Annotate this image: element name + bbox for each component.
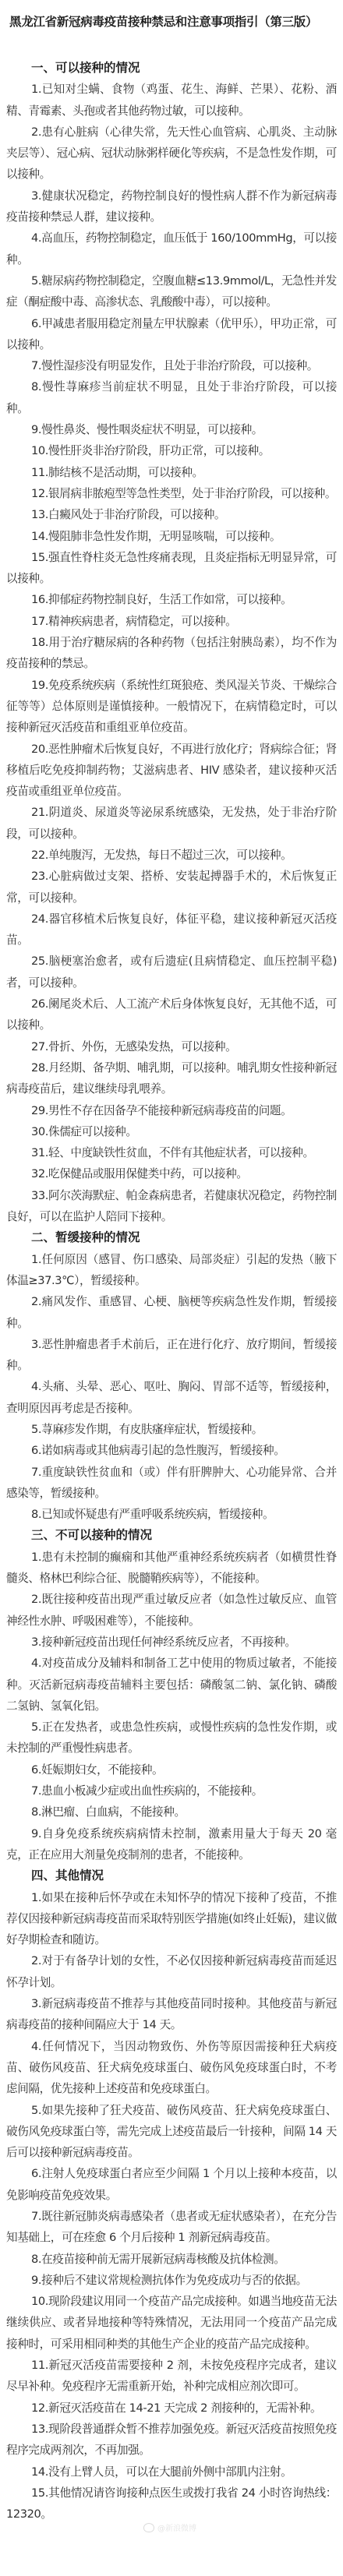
list-item: 19.免疫系统疾病（系统性红斑狼疮、类风湿关节炎、干燥综合征等等）总体原则是谨慎… <box>6 675 337 739</box>
list-item: 6.注射人免疫球蛋白者应至少间隔 1 个月以上接种本疫苗，以免影响疫苗免疫效果。 <box>6 2163 337 2206</box>
list-item: 1.已知对尘螨、食物（鸡蛋、花生、海鲜、芒果）、花粉、酒精、青霉素、头孢或者其他… <box>6 79 337 122</box>
section-heading: 三、不可以接种的情况 <box>6 1525 337 1546</box>
list-item: 23.心脏病做过支架、搭桥、安装起搏器手术的，术后恢复正常，可以接种。 <box>6 866 337 909</box>
list-item: 4.高血压，药物控制稳定，血压低于 160/100mmHg，可以接种。 <box>6 228 337 270</box>
list-item: 10.慢性肝炎非治疗阶段，肝功正常，可以接种。 <box>6 440 337 461</box>
watermark: @新浪微博 <box>6 2525 337 2539</box>
list-item: 25.脑梗塞治愈者，或有后遗症(且病情稳定、血压控制平稳)者，可以接种。 <box>6 951 337 993</box>
list-item: 13.白癜风处于非治疗阶段，可以接种。 <box>6 504 337 525</box>
list-item: 4.对疫苗成分及辅料和制备工艺中使用的物质过敏者，不能接种。灭活新冠病毒疫苗辅料… <box>6 1653 337 1717</box>
section-heading: 二、暂缓接种的情况 <box>6 1227 337 1248</box>
list-item: 3.接种新冠疫苗出现任何神经系统反应者，不再接种。 <box>6 1632 337 1653</box>
list-item: 8.淋巴瘤、白血病，不能接种。 <box>6 1801 337 1823</box>
spacer <box>6 30 337 58</box>
section-heading: 四、其他情况 <box>6 1865 337 1886</box>
list-item: 18.用于治疗糖尿病的各种药物（包括注射胰岛素），均不作为疫苗接种的禁忌。 <box>6 632 337 675</box>
list-item: 15.其他情况请咨询接种点医生或拨打我省 24 小时咨询热线：12320。 <box>6 2482 337 2525</box>
section-heading: 一、可以接种的情况 <box>6 58 337 79</box>
list-item: 2.患有心脏病（心律失常，先天性心血管病、心肌炎、主动脉夹层等）、冠心病、冠状动… <box>6 122 337 185</box>
list-item: 1.任何原因（感冒、伤口感染、局部炎症）引起的发热（腋下体温≥37.3℃），暂缓… <box>6 1249 337 1292</box>
list-item: 7.重度缺铁性贫血和（或）伴有肝脾肿大、心功能异常、合并感染等，暂缓接种。 <box>6 1462 337 1505</box>
list-item: 21.阴道炎、尿道炎等泌尿系统感染，无发热，处于非治疗阶段，可以接种。 <box>6 802 337 845</box>
list-item: 9.自身免疫系统疾病病情未控制，激素用量大于每天 20 毫克，正在应用大剂量免疫… <box>6 1823 337 1866</box>
list-item: 24.器官移植术后恢复良好，体征平稳，建议接种新冠灭活疫苗。 <box>6 909 337 951</box>
list-item: 33.阿尔茨海默症、帕金森病患者，若健康状况稳定，药物控制良好，可以在监护人陪同… <box>6 1185 337 1228</box>
list-item: 22.单纯腹泻，无发热，每日不超过三次，可以接种。 <box>6 845 337 866</box>
list-item: 8.慢性荨麻疹当前症状不明显，且处于非治疗阶段，可以接种。 <box>6 376 337 419</box>
list-item: 2.痛风发作、重感冒、心梗、脑梗等疾病急性发作期，暂缓接种。 <box>6 1291 337 1334</box>
watermark-text: @新浪微博 <box>157 2521 196 2533</box>
list-item: 29.男性不存在因备孕不能接种新冠病毒疫苗的问题。 <box>6 1100 337 1121</box>
list-item: 4.任何情况下，当因动物致伤、外伤等原因需接种狂犬病疫苗、破伤风疫苗、狂犬病免疫… <box>6 2036 337 2100</box>
list-item: 7.既往新冠肺炎病毒感染者（患者或无症状感染者），在充分告知基础上，可在痊愈 6… <box>6 2206 337 2249</box>
list-item: 7.慢性湿疹没有明显发作，且处于非治疗阶段，可以接种。 <box>6 355 337 376</box>
list-item: 7.患血小板减少症或出血性疾病的，不能接种。 <box>6 1780 337 1801</box>
list-item: 17.精神疾病患者，病情稳定，可以接种。 <box>6 611 337 632</box>
list-item: 30.侏儒症可以接种。 <box>6 1121 337 1142</box>
list-item: 16.抑郁症药物控制良好，生活工作如常，可以接种。 <box>6 589 337 610</box>
list-item: 6.甲减患者服用稳定剂量左甲状腺素（优甲乐），甲功正常，可以接种。 <box>6 313 337 356</box>
document-body: 一、可以接种的情况1.已知对尘螨、食物（鸡蛋、花生、海鲜、芒果）、花粉、酒精、青… <box>6 58 337 2525</box>
list-item: 3.新冠病毒疫苗不推荐与其他疫苗同时接种。其他疫苗与新冠病毒疫苗的接种间隔应大于… <box>6 1993 337 2036</box>
weibo-icon <box>143 2523 154 2532</box>
document-title: 黑龙江省新冠病毒疫苗接种禁忌和注意事项指引（第三版） <box>9 14 337 30</box>
list-item: 32.吃保健品或服用保健类中药，可以接种。 <box>6 1163 337 1184</box>
list-item: 2.既往接种疫苗出现严重过敏反应者（如急性过敏反应、血管神经性水肿、呼吸困难等）… <box>6 1589 337 1632</box>
list-item: 9.慢性鼻炎、慢性咽炎症状不明显，可以接种。 <box>6 419 337 440</box>
list-item: 31.轻、中度缺铁性贫血，不伴有其他症状者，可以接种。 <box>6 1142 337 1163</box>
list-item: 10.现阶段建议用同一个疫苗产品完成接种。如遇当地疫苗无法继续供应、或者异地接种… <box>6 2291 337 2355</box>
list-item: 3.恶性肿瘤患者手术前后，正在进行化疗、放疗期间，暂缓接种。 <box>6 1334 337 1377</box>
list-item: 27.骨折、外伤，无感染发热，可以接种。 <box>6 1036 337 1057</box>
document: 黑龙江省新冠病毒疫苗接种禁忌和注意事项指引（第三版） 一、可以接种的情况1.已知… <box>0 0 343 2546</box>
list-item: 4.头痛、头晕、恶心、呕吐、胸闷、胃部不适等，暂缓接种，查明原因再考虑是否接种。 <box>6 1376 337 1419</box>
list-item: 6.诺如病毒或其他病毒引起的急性腹泻，暂缓接种。 <box>6 1440 337 1461</box>
list-item: 14.慢阻肺非急性发作期，无明显咳喘，可以接种。 <box>6 526 337 547</box>
list-item: 11.肺结核不是活动期，可以接种。 <box>6 462 337 483</box>
list-item: 26.阑尾炎术后、人工流产术后身体恢复良好，无其他不适，可以接种。 <box>6 993 337 1036</box>
list-item: 20.恶性肿瘤术后恢复良好，不再进行放化疗；肾病综合征；肾移植后吃免疫抑制药物；… <box>6 739 337 803</box>
list-item: 14.没有上臂人员，可以在大腿前外侧中部肌内注射。 <box>6 2461 337 2482</box>
list-item: 12.银屑病非脓疱型等急性类型，处于非治疗阶段，可以接种。 <box>6 483 337 504</box>
list-item: 5.荨麻疹发作期，有皮肤瘙痒症状，暂缓接种。 <box>6 1419 337 1440</box>
list-item: 13.现阶段普通群众暂不推荐加强免疫。新冠灭活疫苗按照免疫程序完成两剂次，不再加… <box>6 2419 337 2461</box>
list-item: 9.接种后不建议常规检测抗体作为免疫成功与否的依据。 <box>6 2270 337 2291</box>
list-item: 28.月经期、备孕期、哺乳期，可以接种。哺乳期女性接种新冠病毒疫苗后，建议继续母… <box>6 1057 337 1100</box>
list-item: 6.妊娠期妇女，不能接种。 <box>6 1759 337 1780</box>
list-item: 1.患有未控制的癫痫和其他严重神经系统疾病者（如横贯性脊髓炎、格林巴利综合征、脱… <box>6 1547 337 1590</box>
list-item: 12.新冠灭活疫苗在 14-21 天完成 2 剂接种的，无需补种。 <box>6 2398 337 2419</box>
list-item: 5.如果先接种了狂犬疫苗、破伤风疫苗、狂犬病免疫球蛋白、破伤风免疫球蛋白等，需先… <box>6 2100 337 2164</box>
list-item: 3.健康状况稳定，药物控制良好的慢性病人群不作为新冠病毒疫苗接种禁忌人群，建议接… <box>6 185 337 228</box>
list-item: 5.糖尿病药物控制稳定，空腹血糖≤13.9mmol/L，无急性并发症（酮症酸中毒… <box>6 270 337 313</box>
list-item: 8.在疫苗接种前无需开展新冠病毒核酸及抗体检测。 <box>6 2249 337 2270</box>
list-item: 11.新冠灭活疫苗需要接种 2 剂，未按免疫程序完成者，建议尽早补种。免疫程序无… <box>6 2355 337 2398</box>
list-item: 2.对于有备孕计划的女性，不必仅因接种新冠病毒疫苗而延迟怀孕计划。 <box>6 1950 337 1993</box>
list-item: 5.正在发热者，或患急性疾病，或慢性疾病的急性发作期，或未控制的严重慢性病患者。 <box>6 1717 337 1759</box>
list-item: 1.如果在接种后怀孕或在未知怀孕的情况下接种了疫苗，不推荐仅因接种新冠病毒疫苗而… <box>6 1887 337 1951</box>
list-item: 15.强直性脊柱炎无急性疼痛表现，且炎症指标无明显异常，可以接种。 <box>6 547 337 590</box>
list-item: 8.已知或怀疑患有严重呼吸系统疾病，暂缓接种。 <box>6 1504 337 1525</box>
